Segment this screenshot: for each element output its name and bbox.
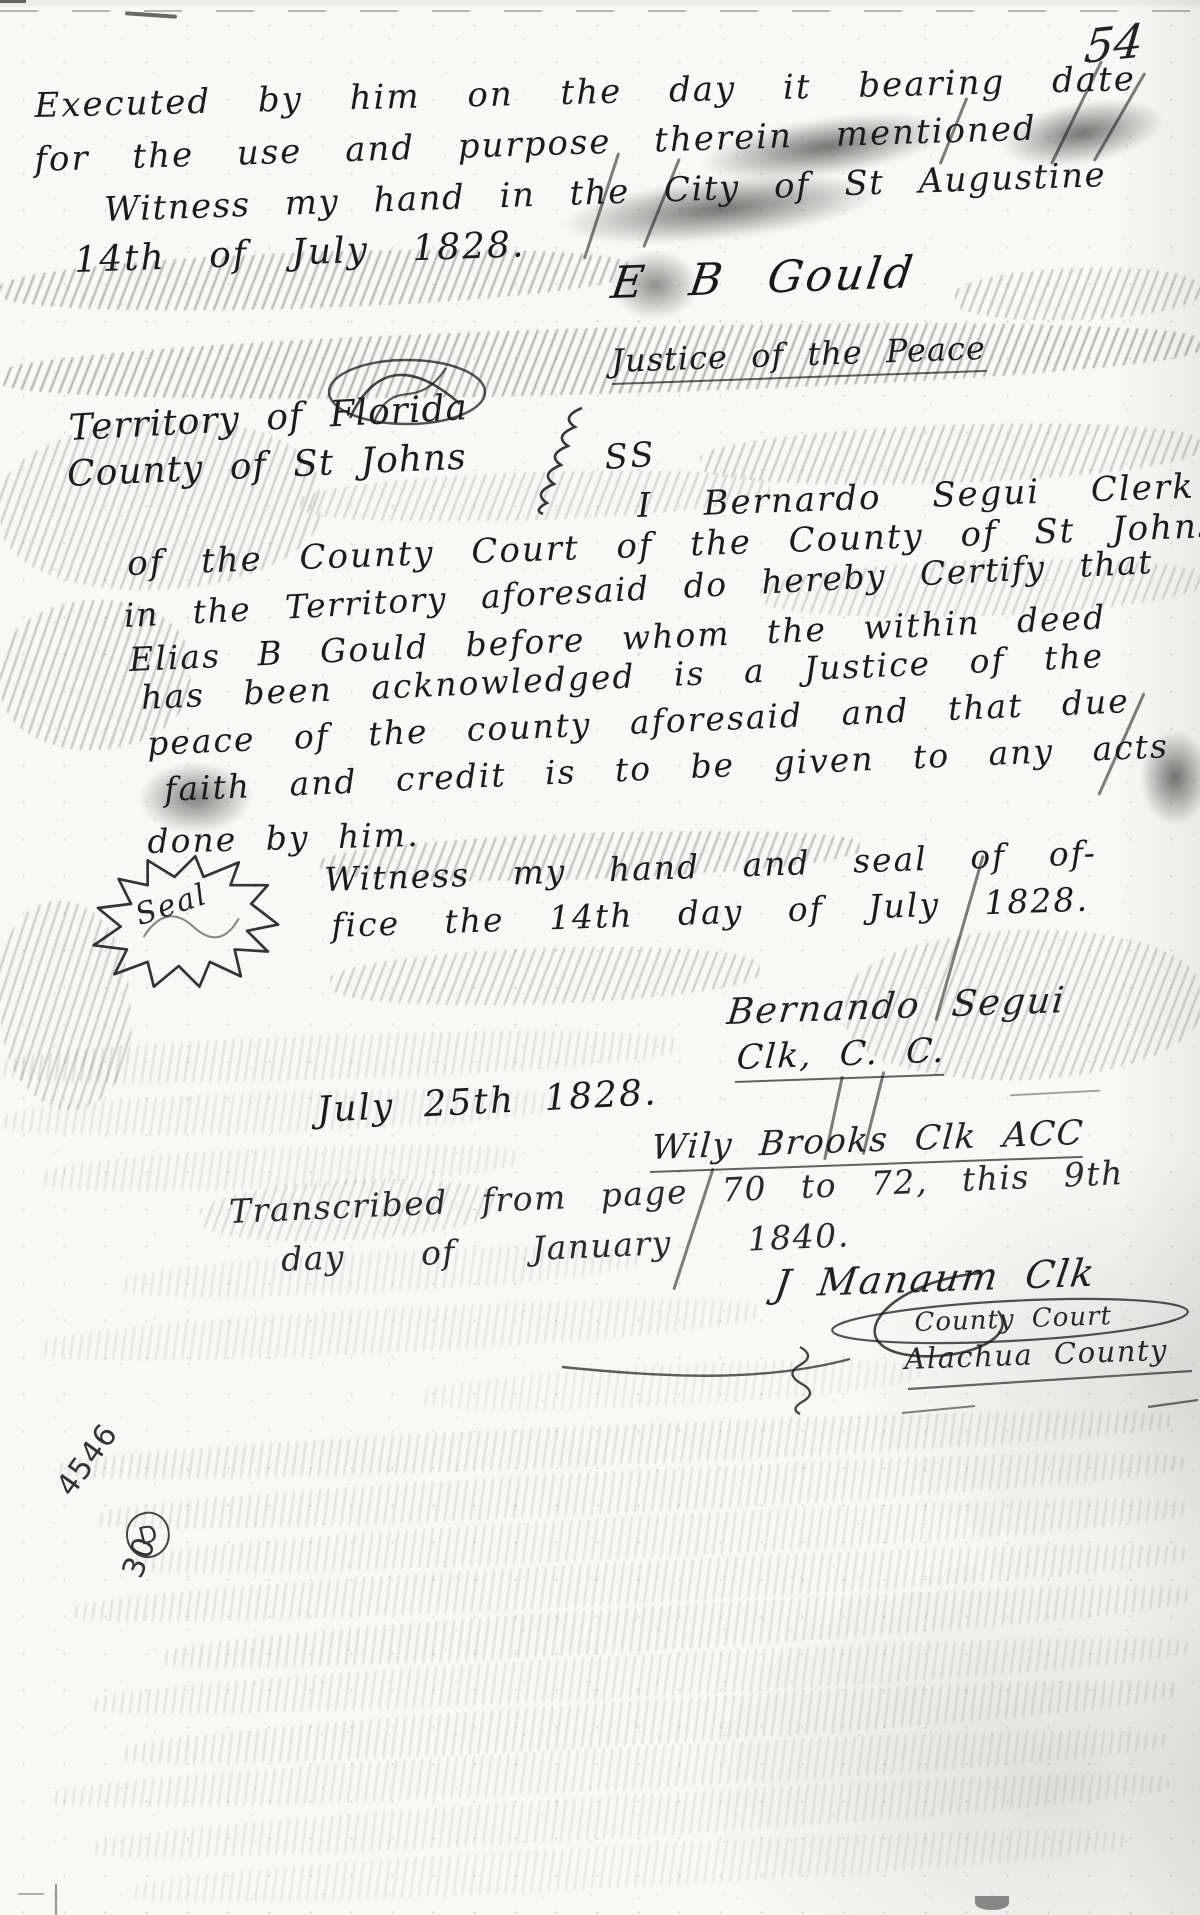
bleedthrough-hatch [0, 311, 1200, 410]
bleedthrough-hatch [954, 264, 1200, 325]
scan-edge-artifact [0, 0, 26, 3]
scanned-document-page: 54 Executed by him on the day it bearing… [0, 0, 1200, 1915]
scan-edge-artifact [0, 10, 1200, 12]
line-july-25: July 25th 1828. [316, 1072, 659, 1131]
signature-flourish-icon [550, 1255, 1200, 1425]
brace-squiggle-icon [548, 406, 592, 516]
scan-edge-artifact [18, 1893, 44, 1895]
scan-edge-artifact [125, 11, 177, 19]
venue-ss: SS [603, 434, 658, 478]
seal-scribble-icon [82, 850, 292, 995]
bleedthrough-hatch [329, 941, 761, 1012]
signature-title-clk-cc: Clk, C. C. [735, 1031, 947, 1083]
underline-stroke [1010, 1090, 1100, 1097]
signature-eb-gould: E B Gould [608, 247, 919, 309]
scan-edge-artifact [975, 1896, 1009, 1910]
scan-edge-artifact [55, 1884, 57, 1915]
